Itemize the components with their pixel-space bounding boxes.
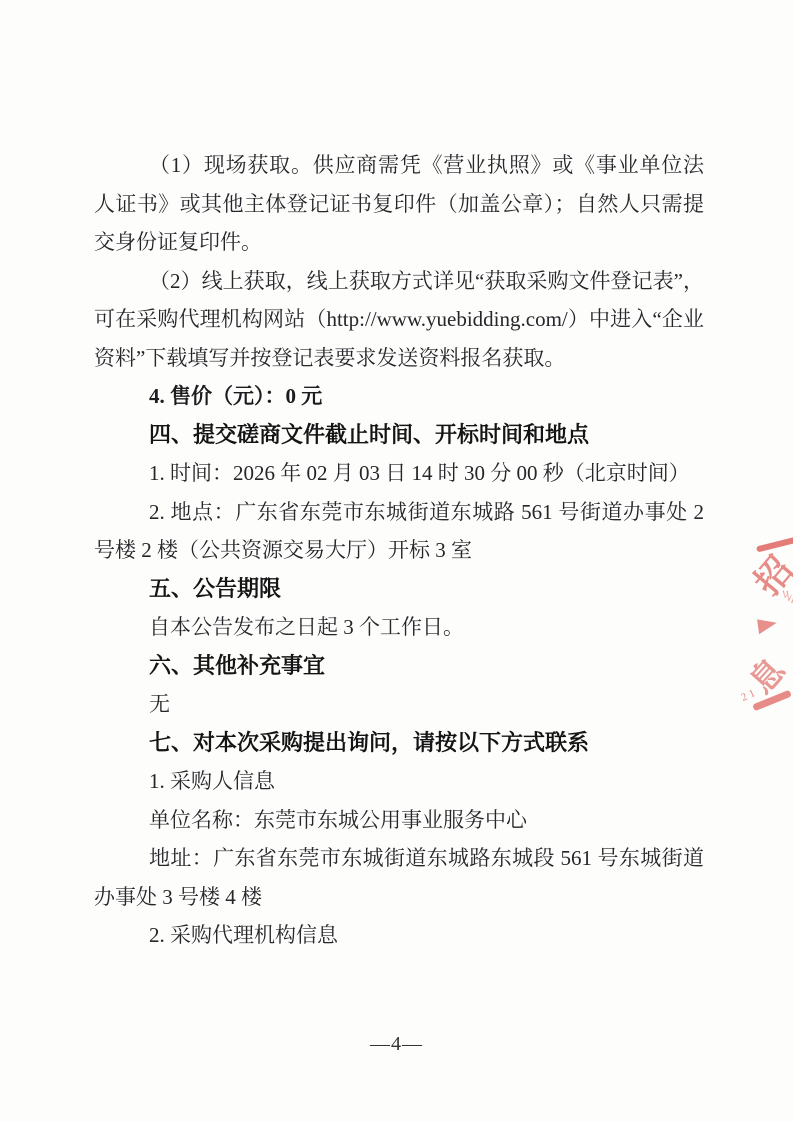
para-offline-obtain: （1）现场获取。供应商需凭《营业执照》或《事业单位法人证书》或其他主体登记证书复…: [94, 146, 704, 262]
page-number: —4—: [0, 1033, 793, 1056]
item-other-matters-none: 无: [94, 685, 704, 724]
stamp-character-partial: 纟: [775, 578, 793, 609]
item-announcement-period: 自本公告发布之日起 3 个工作日。: [94, 608, 704, 647]
stamp-character-top: 招: [741, 544, 793, 604]
stamp-arrow-icon: [757, 617, 778, 634]
item-bid-time: 1. 时间：2026 年 02 月 03 日 14 时 30 分 00 秒（北京…: [94, 454, 704, 493]
document-body: （1）现场获取。供应商需凭《营业执照》或《事业单位法人证书》或其他主体登记证书复…: [94, 146, 704, 955]
item-price: 4. 售价（元）：0 元: [94, 377, 704, 416]
heading-other-matters: 六、其他补充事宜: [94, 647, 704, 686]
para-online-obtain: （2）线上获取，线上获取方式详见“获取采购文件登记表”，可在采购代理机构网站（h…: [94, 262, 704, 378]
document-page: （1）现场获取。供应商需凭《营业执照》或《事业单位法人证书》或其他主体登记证书复…: [0, 0, 793, 1122]
stamp-stroke-bottom-icon: [752, 690, 792, 711]
stamp-stroke-icon: [756, 536, 793, 553]
item-purchaser-name: 单位名称：东莞市东城公用事业服务中心: [94, 801, 704, 840]
stamp-small-marks: 21: [739, 686, 759, 704]
item-agency-info-title: 2. 采购代理机构信息: [94, 916, 704, 955]
heading-contact-info: 七、对本次采购提出询问，请按以下方式联系: [94, 724, 704, 763]
heading-announcement-period: 五、公告期限: [94, 570, 704, 609]
para-purchaser-address: 地址：广东省东莞市东城街道东城路东城段 561 号东城街道办事处 3 号楼 4 …: [94, 839, 704, 916]
item-purchaser-info-title: 1. 采购人信息: [94, 762, 704, 801]
heading-submission-deadline: 四、提交磋商文件截止时间、开标时间和地点: [94, 416, 704, 455]
para-bid-location: 2. 地点：广东省东莞市东城街道东城路 561 号街道办事处 2 号楼 2 楼（…: [94, 493, 704, 570]
stamp-character-bottom: 息: [737, 647, 793, 703]
